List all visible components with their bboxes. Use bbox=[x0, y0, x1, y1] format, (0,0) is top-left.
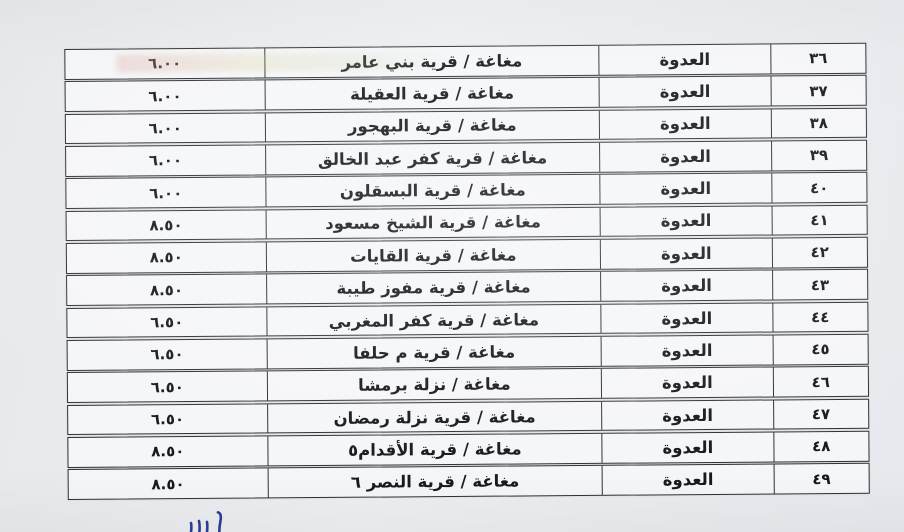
district-cell: العدوة bbox=[602, 433, 774, 463]
value-cell: ٨.٥٠ bbox=[68, 437, 267, 467]
place-cell: مغاغة / قرية الشيخ مسعود bbox=[265, 208, 600, 239]
table-row: ٤٧ العدوة مغاغة / قرية نزلة رمضان ٦.٥٠ bbox=[67, 399, 869, 436]
district-cell: العدوة bbox=[600, 174, 772, 204]
row-number-cell: ٣٧ bbox=[770, 76, 866, 105]
place-cell: مغاغة / قرية القايات bbox=[265, 240, 600, 271]
value-cell: ٦.٥٠ bbox=[68, 404, 267, 434]
row-number-cell: ٤٣ bbox=[772, 270, 868, 299]
place-cell: مغاغة / قرية البهجور bbox=[264, 111, 599, 142]
table-row: ٣٩ العدوة مغاغة / قرية كفر عبد الخالق ٦.… bbox=[65, 140, 867, 177]
district-cell: العدوة bbox=[601, 303, 773, 333]
value-cell: ٨.٥٠ bbox=[67, 210, 266, 240]
table-row: ٤٩ العدوة مغاغة / قرية النصر ٦ ٨.٥٠ bbox=[68, 463, 870, 500]
row-number-cell: ٤٤ bbox=[772, 302, 868, 331]
row-number-cell: ٣٨ bbox=[770, 108, 866, 137]
district-cell: العدوة bbox=[601, 368, 773, 398]
district-cell: العدوة bbox=[600, 239, 772, 269]
place-cell: مغاغة / قرية البسقلون bbox=[265, 175, 600, 206]
row-number-cell: ٤٦ bbox=[772, 367, 868, 396]
value-cell: ٦.٥٠ bbox=[68, 372, 267, 402]
place-cell: مغاغة / قرية م حلفا bbox=[266, 337, 601, 368]
district-cell: العدوة bbox=[602, 465, 774, 495]
table-row: ٣٨ العدوة مغاغة / قرية البهجور ٦.٠٠ bbox=[65, 107, 867, 144]
value-cell: ٦.٠٠ bbox=[66, 145, 265, 175]
place-cell: مغاغة / قرية الأقدام٥ bbox=[267, 434, 602, 465]
row-number-cell: ٤٢ bbox=[771, 238, 867, 267]
row-number-cell: ٤٨ bbox=[773, 432, 869, 461]
district-cell: العدوة bbox=[601, 336, 773, 366]
value-cell: ٦.٥٠ bbox=[68, 340, 267, 370]
district-cell: العدوة bbox=[600, 206, 772, 236]
table-body: ٣٦ العدوة مغاغة / قرية بني عامر ٦.٠٠ ٣٧ … bbox=[64, 43, 870, 500]
place-cell: مغاغة / قرية كفر المغربي bbox=[266, 305, 601, 336]
scanned-sheet: ٣٦ العدوة مغاغة / قرية بني عامر ٦.٠٠ ٣٧ … bbox=[0, 0, 904, 532]
row-number-cell: ٤١ bbox=[771, 205, 867, 234]
table-row: ٤٤ العدوة مغاغة / قرية كفر المغربي ٦.٥٠ bbox=[66, 301, 868, 338]
row-number-cell: ٤٧ bbox=[773, 400, 869, 429]
place-cell: مغاغة / قرية النصر ٦ bbox=[267, 466, 602, 497]
table-row: ٤٨ العدوة مغاغة / قرية الأقدام٥ ٨.٥٠ bbox=[67, 431, 869, 468]
district-cell: العدوة bbox=[600, 271, 772, 301]
place-cell: مغاغة / قرية كفر عبد الخالق bbox=[265, 143, 600, 174]
table-row: ٤٣ العدوة مغاغة / قرية مفوز طيبة ٨.٥٠ bbox=[66, 269, 868, 306]
value-cell: ٨.٥٠ bbox=[67, 243, 266, 273]
place-cell: مغاغة / قرية مفوز طيبة bbox=[266, 272, 601, 303]
district-cell: العدوة bbox=[601, 400, 773, 430]
table-row: ٣٦ العدوة مغاغة / قرية بني عامر ٦.٠٠ bbox=[64, 43, 866, 80]
district-cell: العدوة bbox=[598, 44, 770, 74]
table-row: ٤١ العدوة مغاغة / قرية الشيخ مسعود ٨.٥٠ bbox=[66, 204, 868, 241]
row-number-cell: ٤٠ bbox=[771, 173, 867, 202]
place-cell: مغاغة / قرية العقيلة bbox=[264, 78, 599, 109]
value-cell: ٦.٠٠ bbox=[66, 81, 265, 111]
value-cell: ٨.٥٠ bbox=[67, 275, 266, 305]
row-number-cell: ٣٦ bbox=[770, 44, 866, 73]
table-row: ٣٧ العدوة مغاغة / قرية العقيلة ٦.٠٠ bbox=[65, 75, 867, 112]
table-row: ٤٥ العدوة مغاغة / قرية م حلفا ٦.٥٠ bbox=[67, 334, 869, 371]
district-cell: العدوة bbox=[599, 77, 771, 107]
table-row: ٤٦ العدوة مغاغة / نزلة برمشا ٦.٥٠ bbox=[67, 366, 869, 403]
table-row: ٤٠ العدوة مغاغة / قرية البسقلون ٦.٠٠ bbox=[65, 172, 867, 209]
district-cell: العدوة bbox=[599, 142, 771, 172]
value-cell: ٦.٥٠ bbox=[67, 307, 266, 337]
value-cell: ٨.٥٠ bbox=[69, 469, 268, 499]
row-number-cell: ٤٥ bbox=[772, 335, 868, 364]
row-number-cell: ٤٩ bbox=[773, 464, 869, 493]
scanned-document-page: { "colors": { "background": "#e9ebee", "… bbox=[0, 0, 904, 532]
table-row: ٤٢ العدوة مغاغة / قرية القايات ٨.٥٠ bbox=[66, 237, 868, 274]
value-cell: ٦.٠٠ bbox=[65, 48, 264, 78]
value-cell: ٦.٠٠ bbox=[66, 178, 265, 208]
row-number-cell: ٣٩ bbox=[771, 141, 867, 170]
place-cell: مغاغة / قرية نزلة رمضان bbox=[267, 402, 602, 433]
value-cell: ٦.٠٠ bbox=[66, 113, 265, 143]
place-cell: مغاغة / نزلة برمشا bbox=[266, 369, 601, 400]
handwriting-ink-marks bbox=[185, 509, 355, 532]
district-cell: العدوة bbox=[599, 109, 771, 139]
place-cell: مغاغة / قرية بني عامر bbox=[264, 46, 599, 77]
